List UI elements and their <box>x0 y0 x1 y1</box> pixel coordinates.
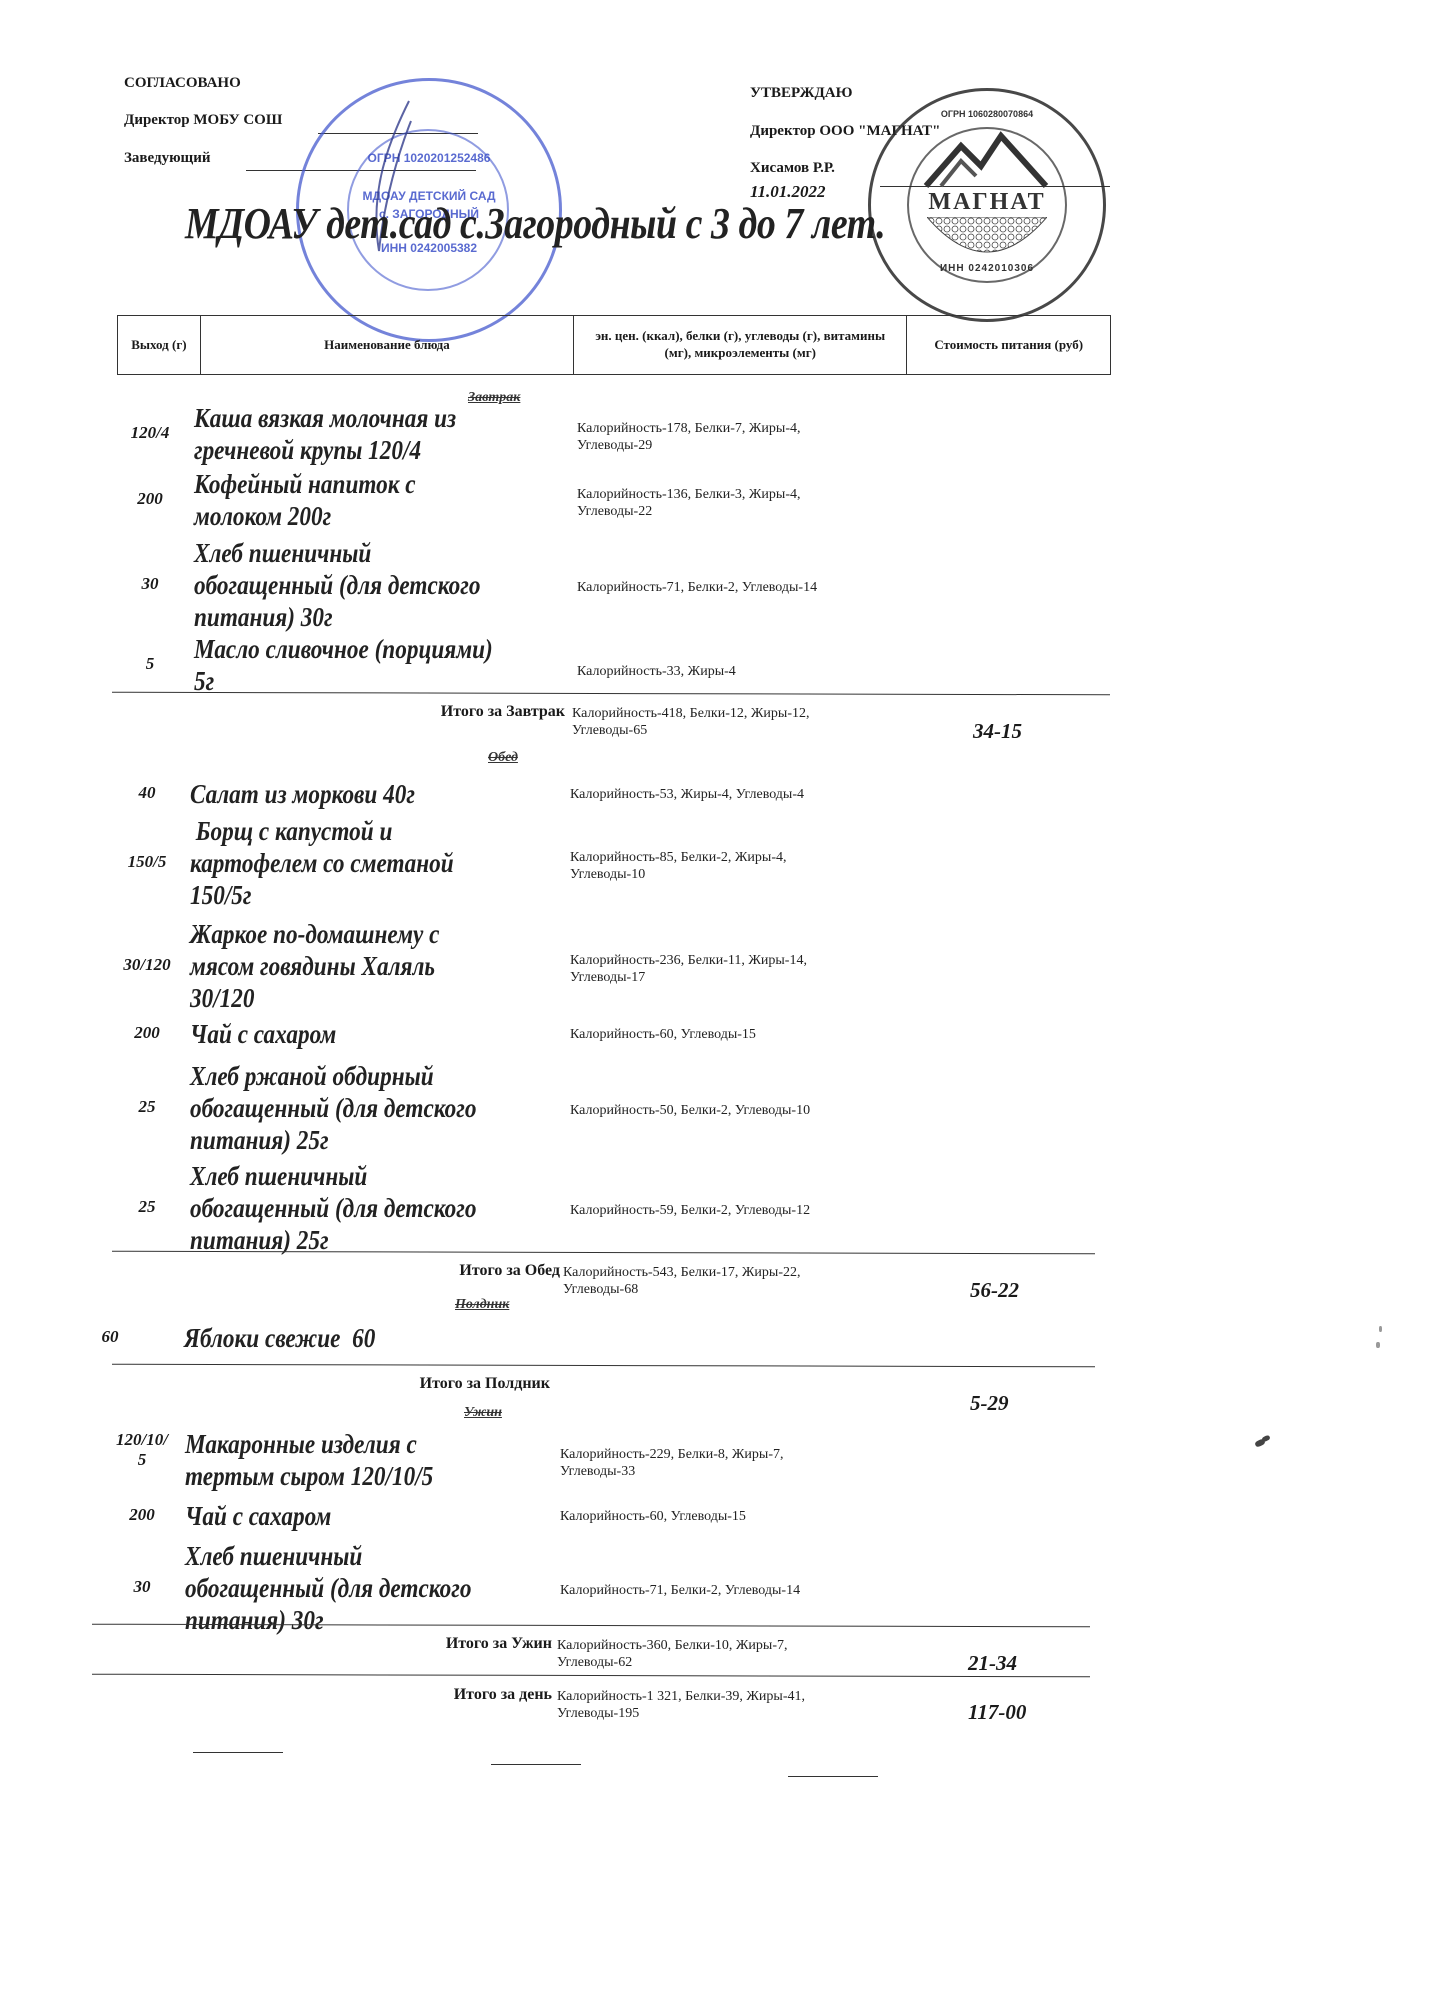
day-total-cost: 117-00 <box>968 1700 1026 1725</box>
menu-item-dish: Хлеб пшеничный обогащенный (для детского… <box>190 1160 476 1256</box>
meal-total-label: Итого за Ужин <box>446 1635 552 1653</box>
menu-item-nutrition: Калорийность-178, Белки-7, Жиры-4, Углев… <box>577 420 800 454</box>
day-total-nutrition: Калорийность-1 321, Белки-39, Жиры-41, У… <box>557 1688 805 1722</box>
menu-item-row: 200Чай с сахаромКалорийность-60, Углевод… <box>0 1500 1441 1532</box>
menu-item-row: 200Кофейный напиток с молоком 200гКалори… <box>0 468 1441 532</box>
menu-item-dish: Масло сливочное (порциями) 5г <box>194 633 493 697</box>
menu-item-yield: 30 <box>107 1577 177 1597</box>
menu-item-dish: Хлеб пшеничный обогащенный (для детского… <box>185 1540 471 1636</box>
menu-item-row: 60Яблоки свежие 60 <box>0 1322 1441 1354</box>
day-total-separator-line <box>92 1674 1090 1678</box>
menu-item-nutrition: Калорийность-50, Белки-2, Углеводы-10 <box>570 1102 810 1119</box>
scan-speck <box>1379 1326 1382 1332</box>
menu-item-yield: 150/5 <box>112 852 182 872</box>
menu-item-nutrition: Калорийность-59, Белки-2, Углеводы-12 <box>570 1202 810 1219</box>
meal-section-title: Обед <box>488 750 518 766</box>
stamp-ornament-icon <box>927 217 1047 262</box>
approval-right-name: Хисамов Р.Р. <box>750 160 835 177</box>
page-title: МДОАУ дет.сад с.Загородный с 3 до 7 лет. <box>185 198 885 249</box>
menu-item-yield: 200 <box>112 1023 182 1043</box>
menu-item-nutrition: Калорийность-229, Белки-8, Жиры-7, Углев… <box>560 1446 783 1480</box>
menu-item-dish: Борщ с капустой и картофелем со сметаной… <box>190 815 454 911</box>
meal-total-nutrition: Калорийность-418, Белки-12, Жиры-12, Угл… <box>572 705 809 739</box>
menu-item-row: 30Хлеб пшеничный обогащенный (для детско… <box>0 1540 1441 1636</box>
menu-item-nutrition: Калорийность-60, Углеводы-15 <box>570 1026 756 1043</box>
menu-item-row: 120/10/ 5Макаронные изделия с тертым сыр… <box>0 1428 1441 1492</box>
menu-item-row: 150/5 Борщ с капустой и картофелем со см… <box>0 815 1441 911</box>
menu-item-dish: Чай с сахаром <box>185 1500 331 1532</box>
day-total-label: Итого за день <box>454 1686 552 1704</box>
approval-left-heading: СОГЛАСОВАНО <box>124 75 241 92</box>
menu-item-dish: Хлеб ржаной обдирный обогащенный (для де… <box>190 1060 476 1156</box>
menu-item-nutrition: Калорийность-236, Белки-11, Жиры-14, Угл… <box>570 952 807 986</box>
menu-item-row: 40Салат из моркови 40гКалорийность-53, Ж… <box>0 778 1441 810</box>
menu-item-row: 25Хлеб пшеничный обогащенный (для детско… <box>0 1160 1441 1256</box>
footer-signature-line-3 <box>788 1776 878 1777</box>
meal-total-nutrition: Калорийность-543, Белки-17, Жиры-22, Угл… <box>563 1264 800 1298</box>
menu-item-dish: Чай с сахаром <box>190 1018 336 1050</box>
col-cost: Стоимость питания (руб) <box>907 316 1110 374</box>
menu-item-row: 120/4Каша вязкая молочная из гречневой к… <box>0 402 1441 466</box>
menu-item-yield: 200 <box>115 489 185 509</box>
menu-item-nutrition: Калорийность-71, Белки-2, Углеводы-14 <box>560 1582 800 1599</box>
stamp-company: ОГРН 1060280070864 МАГНАТ ИНН 0242010306 <box>868 88 1106 322</box>
menu-item-row: 30Хлеб пшеничный обогащенный (для детско… <box>0 537 1441 633</box>
meal-total-cost: 34-15 <box>973 719 1022 744</box>
meal-section-title: Полдник <box>455 1297 509 1313</box>
meal-separator-line <box>112 1364 1095 1368</box>
menu-item-dish: Яблоки свежие 60 <box>184 1322 375 1354</box>
menu-item-dish: Жаркое по-домашнему с мясом говядины Хал… <box>190 918 439 1014</box>
meal-total-nutrition: Калорийность-360, Белки-10, Жиры-7, Угле… <box>557 1637 787 1671</box>
menu-item-row: 200Чай с сахаромКалорийность-60, Углевод… <box>0 1018 1441 1050</box>
menu-item-yield: 60 <box>75 1327 145 1347</box>
menu-table-header: Выход (г) Наименование блюда эн. цен. (к… <box>117 315 1111 375</box>
approval-right-heading: УТВЕРЖДАЮ <box>750 85 853 102</box>
meal-total-label: Итого за Полдник <box>420 1375 550 1393</box>
footer-signature-line-1 <box>193 1752 283 1753</box>
menu-item-yield: 30/120 <box>112 955 182 975</box>
menu-item-dish: Макаронные изделия с тертым сыром 120/10… <box>185 1428 433 1492</box>
footer-signature-line-2 <box>491 1764 581 1765</box>
menu-item-dish: Хлеб пшеничный обогащенный (для детского… <box>194 537 480 633</box>
meal-total-cost: 56-22 <box>970 1278 1019 1303</box>
menu-item-dish: Каша вязкая молочная из гречневой крупы … <box>194 402 456 466</box>
menu-item-yield: 40 <box>112 783 182 803</box>
menu-item-nutrition: Калорийность-136, Белки-3, Жиры-4, Углев… <box>577 486 800 520</box>
meal-total-label: Итого за Завтрак <box>441 703 565 721</box>
col-dish: Наименование блюда <box>201 316 574 374</box>
menu-item-nutrition: Калорийность-85, Белки-2, Жиры-4, Углево… <box>570 849 786 883</box>
menu-item-nutrition: Калорийность-60, Углеводы-15 <box>560 1508 746 1525</box>
menu-item-nutrition: Калорийность-33, Жиры-4 <box>577 663 736 680</box>
scan-speck <box>1376 1342 1380 1348</box>
menu-item-yield: 30 <box>115 574 185 594</box>
stamp-company-brand: МАГНАТ <box>871 189 1103 216</box>
menu-item-yield: 200 <box>107 1505 177 1525</box>
menu-item-row: 30/120Жаркое по-домашнему с мясом говяди… <box>0 918 1441 1014</box>
approval-left-role: Заведующий <box>124 150 210 167</box>
menu-item-yield: 5 <box>115 654 185 674</box>
menu-item-dish: Салат из моркови 40г <box>190 778 415 810</box>
menu-item-yield: 120/10/ 5 <box>107 1430 177 1471</box>
menu-item-nutrition: Калорийность-53, Жиры-4, Углеводы-4 <box>570 786 804 803</box>
menu-item-yield: 25 <box>112 1197 182 1217</box>
mountain-logo-icon <box>921 131 1051 191</box>
menu-item-yield: 120/4 <box>115 423 185 443</box>
menu-item-dish: Кофейный напиток с молоком 200г <box>194 468 416 532</box>
menu-item-row: 25Хлеб ржаной обдирный обогащенный (для … <box>0 1060 1441 1156</box>
meal-total-cost: 5-29 <box>970 1391 1009 1416</box>
stamp-company-ogrn: ОГРН 1060280070864 <box>871 109 1103 119</box>
meal-section-title: Ужин <box>464 1405 502 1421</box>
menu-item-yield: 25 <box>112 1097 182 1117</box>
stamp-company-inn: ИНН 0242010306 <box>871 263 1103 274</box>
meal-total-cost: 21-34 <box>968 1651 1017 1676</box>
approval-left-position: Директор МОБУ СОШ <box>124 112 282 129</box>
menu-item-row: 5Масло сливочное (порциями) 5гКалорийнос… <box>0 633 1441 697</box>
meal-total-label: Итого за Обед <box>459 1262 560 1280</box>
col-nutrition: эн. цен. (ккал), белки (г), углеводы (г)… <box>574 316 907 374</box>
col-yield: Выход (г) <box>118 316 201 374</box>
menu-item-nutrition: Калорийность-71, Белки-2, Углеводы-14 <box>577 579 817 596</box>
